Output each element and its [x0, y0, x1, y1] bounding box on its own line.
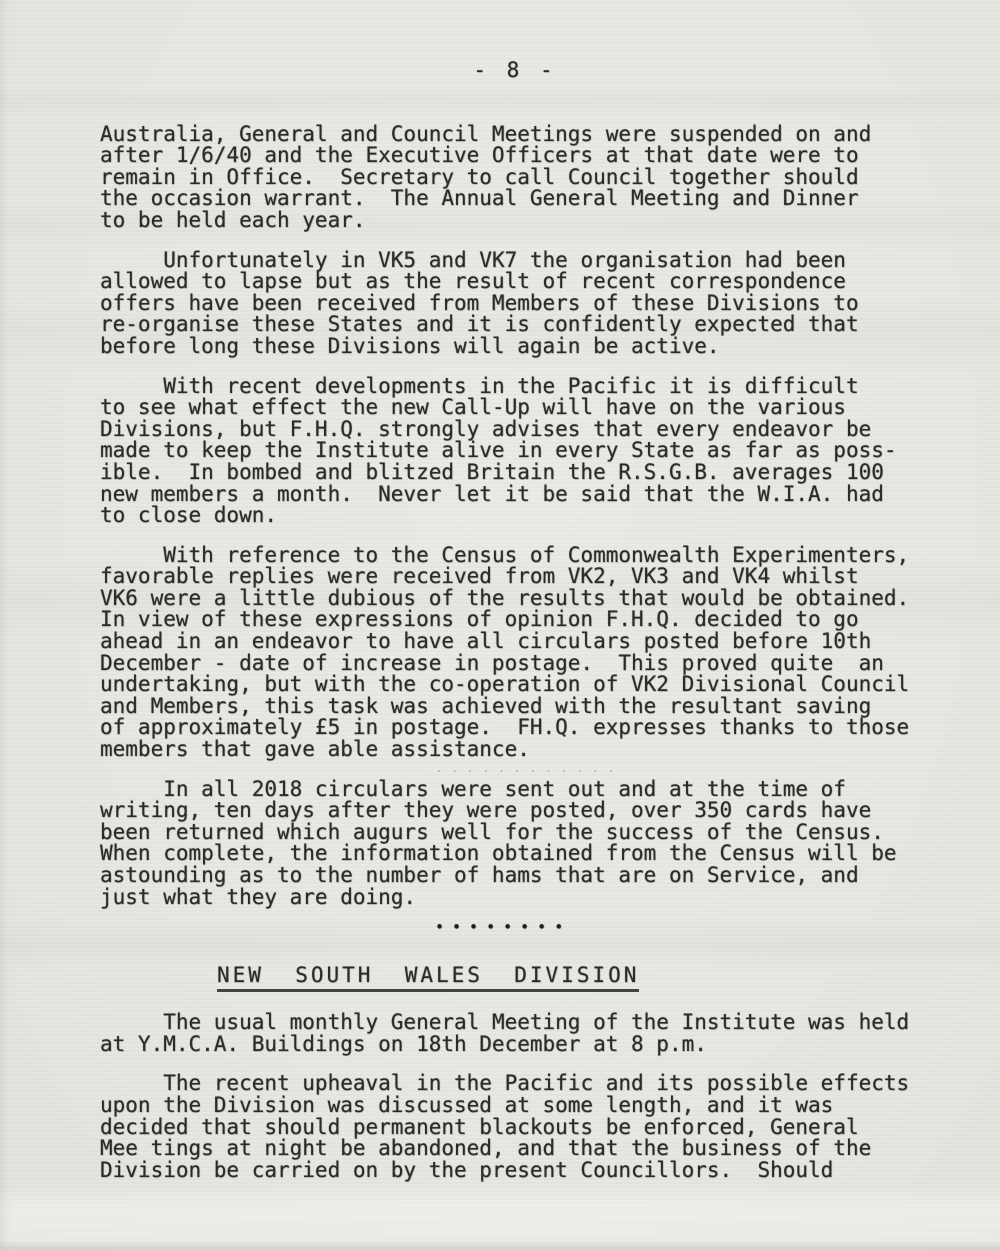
page-content: - 8 - Australia, General and Council Mee… — [100, 60, 930, 1199]
paragraph-vk5-vk7-reorganise: Unfortunately in VK5 and VK7 the organis… — [100, 250, 930, 358]
paragraph-census-circulars: With reference to the Census of Commonwe… — [100, 545, 930, 761]
faint-dotted-separator: . . . . . . . . . . . . — [435, 761, 930, 777]
paragraph-census-returns: In all 2018 circulars were sent out and … — [100, 779, 930, 909]
paragraph-nsw-general-meeting: The usual monthly General Meeting of the… — [100, 1012, 930, 1055]
paragraph-pacific-call-up: With recent developments in the Pacific … — [100, 376, 930, 527]
section-heading-nsw-division: NEW SOUTH WALES DIVISION — [217, 963, 639, 992]
paragraph-federal-meetings-suspended: Australia, General and Council Meetings … — [100, 124, 930, 232]
scanned-typewritten-page: - 8 - Australia, General and Council Mee… — [0, 0, 1000, 1250]
dotted-separator: •••••••• — [435, 920, 930, 935]
paragraph-nsw-blackouts: The recent upheaval in the Pacific and i… — [100, 1073, 930, 1181]
section-heading-row: NEW SOUTH WALES DIVISION — [100, 963, 930, 1012]
page-number: - 8 - — [100, 60, 930, 82]
